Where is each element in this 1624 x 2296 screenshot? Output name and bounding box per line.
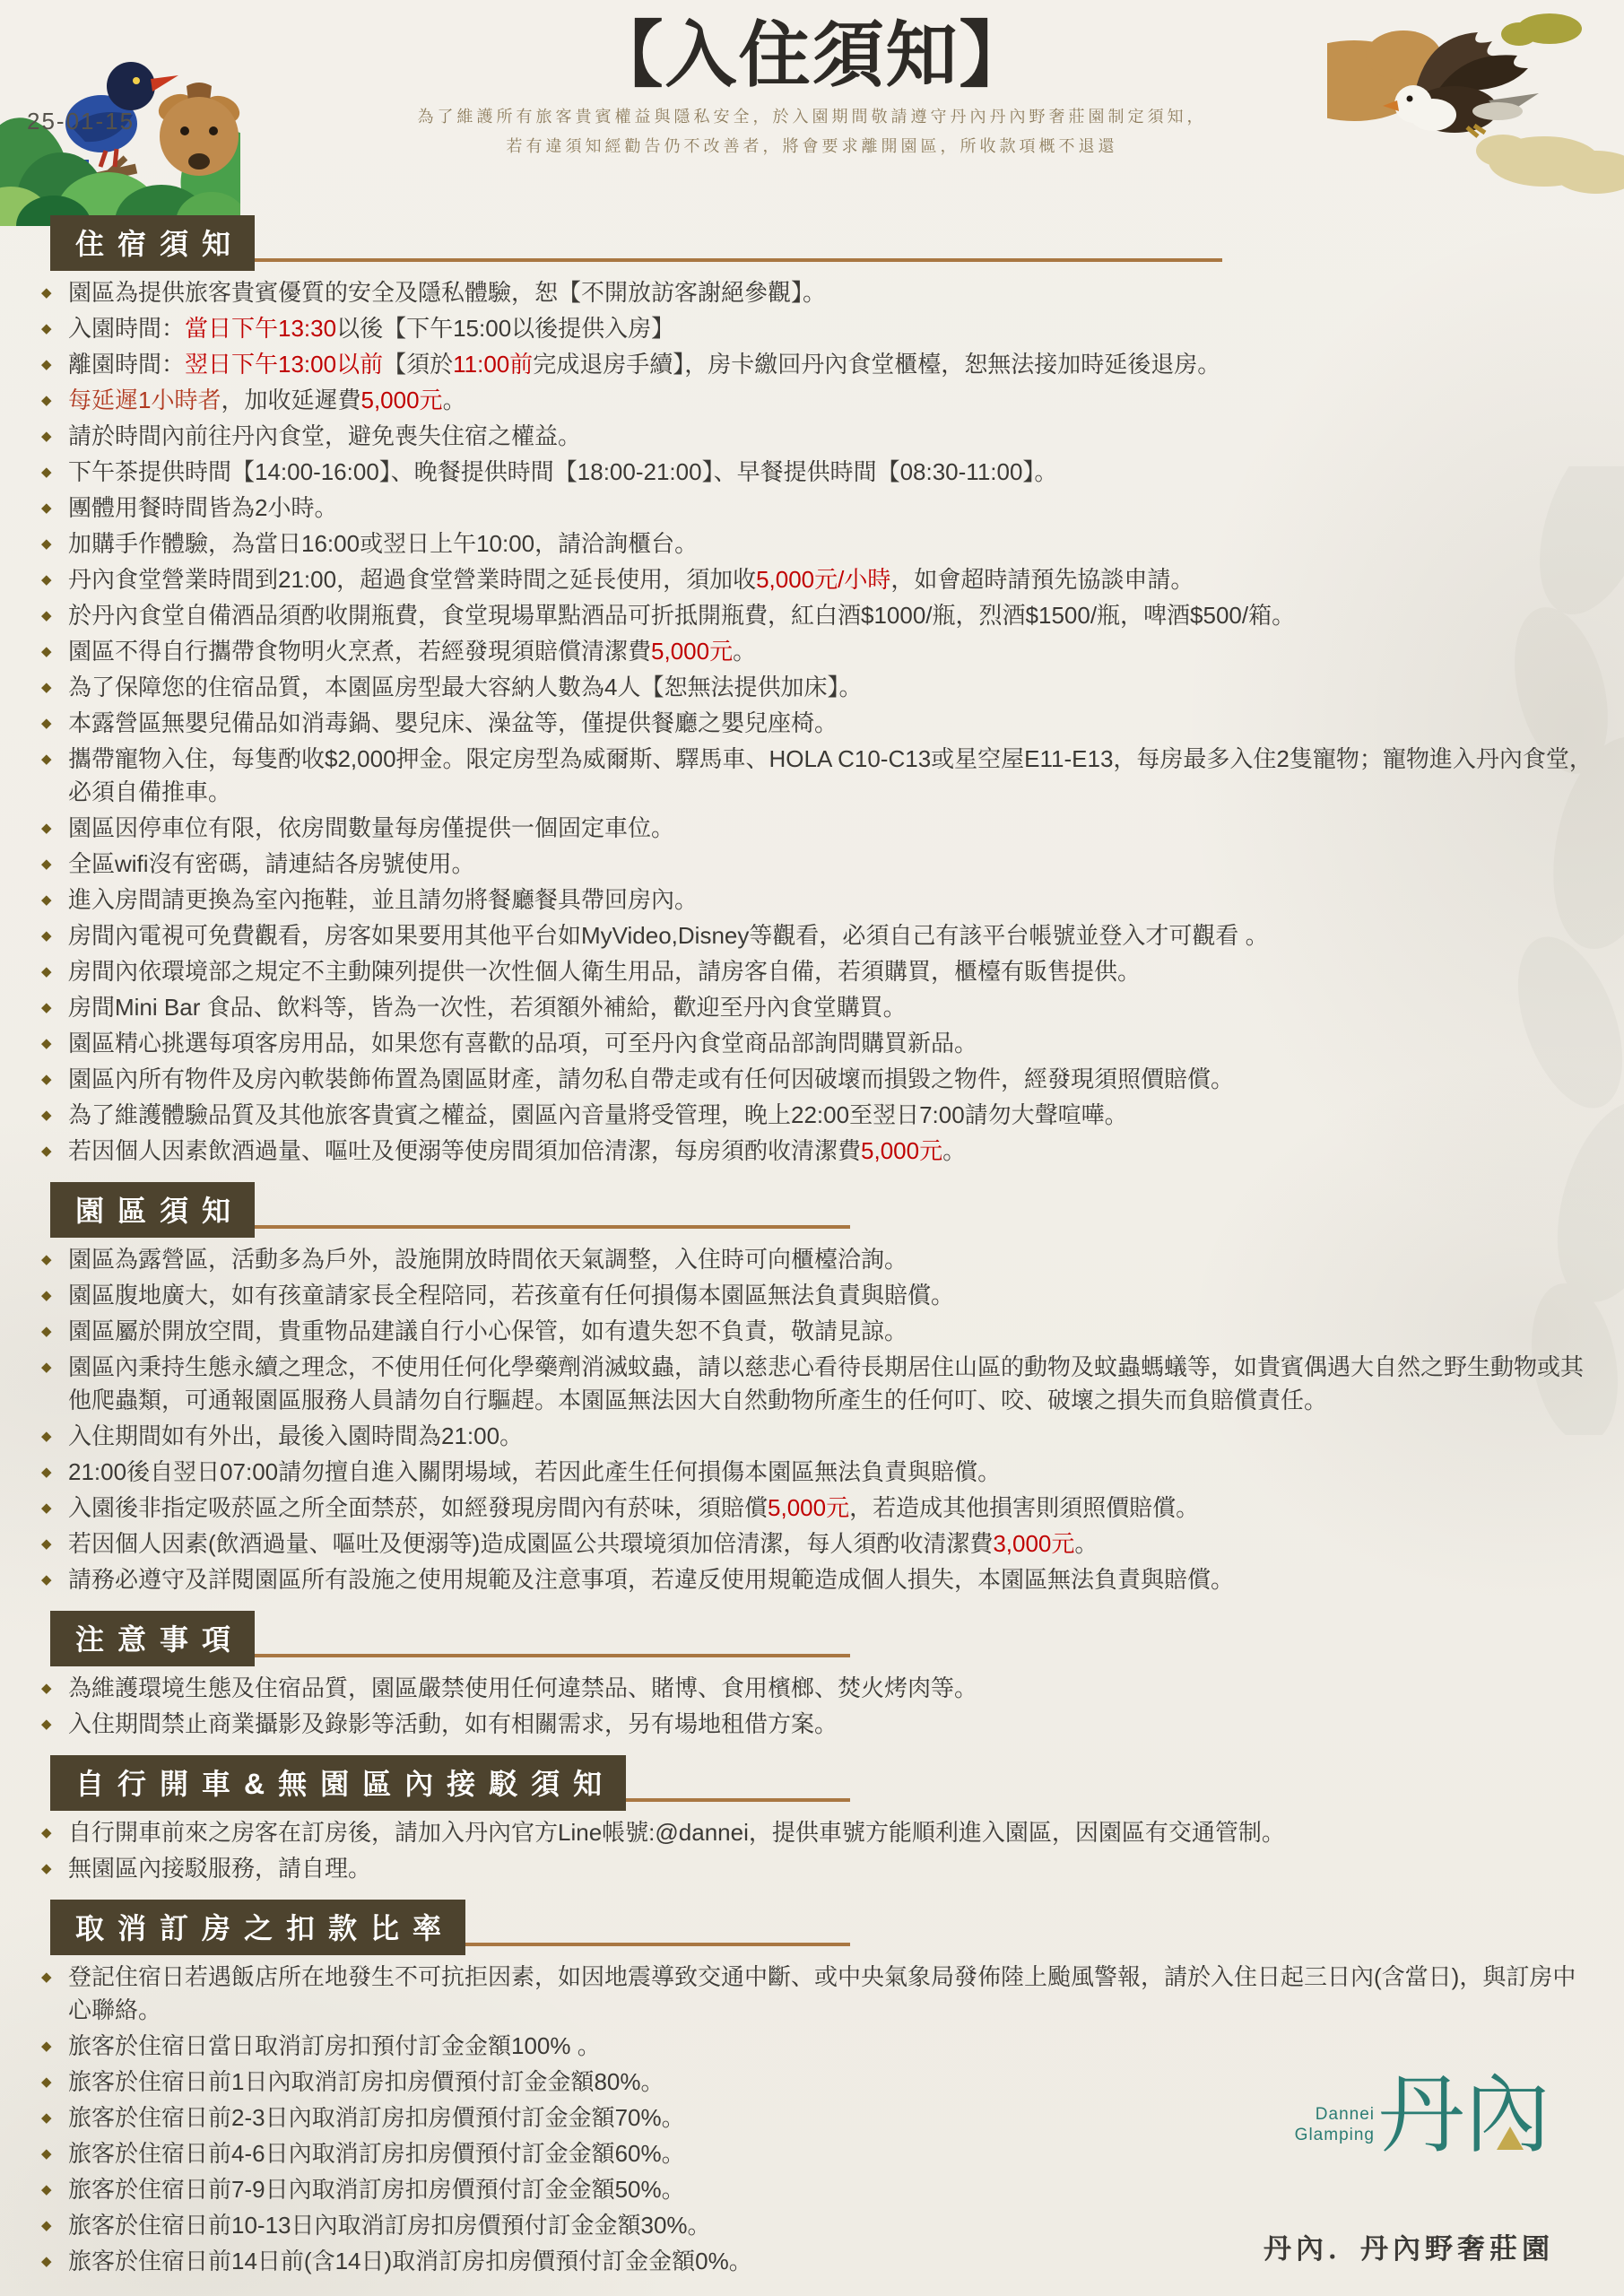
notice-item: 無園區內接駁服務，請自理。 (41, 1852, 1598, 1885)
notice-list: 為維護環境生態及住宿品質，園區嚴禁使用任何違禁品、賭博、食用檳榔、焚火烤肉等。入… (38, 1672, 1598, 1741)
notice-item: 園區不得自行攜帶食物明火烹煮，若經發現須賠償清潔費5,000元。 (41, 635, 1598, 668)
logo-chinese-characters: 丹內 (1378, 2067, 1550, 2163)
subtitle-line-2: 若有違須知經勸告仍不改善者，將會要求離開園區，所收款項概不退還 (0, 132, 1624, 161)
section-park: 園區須知園區為露營區，活動多為戶外，設施開放時間依天氣調整，入住時可向櫃檯洽詢。… (38, 1182, 1598, 1596)
brand-name: 丹內．丹內野奢莊園 (1264, 2226, 1554, 2266)
notice-item: 團體用餐時間皆為2小時。 (41, 491, 1598, 525)
notice-item: 入住期間禁止商業攝影及錄影等活動，如有相關需求，另有場地租借方案。 (41, 1708, 1598, 1741)
notice-item: 園區為露營區，活動多為戶外，設施開放時間依天氣調整，入住時可向櫃檯洽詢。 (41, 1243, 1598, 1276)
section-attention: 注意事項為維護環境生態及住宿品質，園區嚴禁使用任何違禁品、賭博、食用檳榔、焚火烤… (38, 1611, 1598, 1741)
section-accommodation: 住宿須知園區為提供旅客貴賓優質的安全及隱私體驗，恕【不開放訪客謝絕參觀】。入園時… (38, 215, 1598, 1168)
notice-item: 園區腹地廣大，如有孩童請家長全程陪同，若孩童有任何損傷本園區無法負責與賠償。 (41, 1279, 1598, 1312)
notice-item: 21:00後自翌日07:00請勿擅自進入關閉場域，若因此產生任何損傷本園區無法負… (41, 1456, 1598, 1489)
notice-item: 旅客於住宿日前7-9日內取消訂房扣房價預付訂金金額50%。 (41, 2173, 1598, 2206)
tent-icon (1497, 2126, 1524, 2150)
notice-item: 園區內所有物件及房內軟裝飾佈置為園區財產，請勿私自帶走或有任何因破壞而損毀之物件… (41, 1063, 1598, 1096)
notice-item: 園區精心挑選每項客房用品，如果您有喜歡的品項，可至丹內食堂商品部詢問購買新品。 (41, 1027, 1598, 1060)
revision-date: 25-01-15 (27, 108, 135, 135)
notice-item: 請務必遵守及詳閱園區所有設施之使用規範及注意事項，若違反使用規範造成個人損失，本… (41, 1563, 1598, 1596)
notice-item: 自行開車前來之房客在訂房後，請加入丹內官方Line帳號:@dannei，提供車號… (41, 1816, 1598, 1849)
section-title: 自行開車&無園區內接駁須知 (50, 1755, 626, 1811)
notice-item: 園區因停車位有限，依房間數量每房僅提供一個固定車位。 (41, 812, 1598, 845)
notice-item: 請於時間內前往丹內食堂，避免喪失住宿之權益。 (41, 420, 1598, 453)
notice-item: 房間內依環境部之規定不主動陳列提供一次性個人衛生用品，請房客自備，若須購買，櫃檯… (41, 955, 1598, 988)
subtitle-line-1: 為了維護所有旅客貴賓權益與隱私安全，於入園期間敬請遵守丹內丹內野奢莊園制定須知， (0, 102, 1624, 132)
notice-item: 為了保障您的住宿品質，本園區房型最大容納人數為4人【恕無法提供加床】。 (41, 671, 1598, 704)
page-title: 【入住須知】 (0, 16, 1624, 95)
notice-item: 為了維護體驗品質及其他旅客貴賓之權益，園區內音量將受管理，晚上22:00至翌日7… (41, 1099, 1598, 1132)
notice-item: 登記住宿日若遇飯店所在地發生不可抗拒因素，如因地震導致交通中斷、或中央氣象局發佈… (41, 1961, 1598, 2027)
page-header: 【入住須知】 為了維護所有旅客貴賓權益與隱私安全，於入園期間敬請遵守丹內丹內野奢… (0, 16, 1624, 162)
notice-item: 入園時間：當日下午13:30以後【下午15:00以後提供入房】 (41, 312, 1598, 345)
section-title: 園區須知 (50, 1182, 255, 1238)
notice-item: 入園後非指定吸菸區之所全面禁菸，如經發現房間內有菸味，須賠償5,000元，若造成… (41, 1492, 1598, 1525)
notice-list: 園區為提供旅客貴賓優質的安全及隱私體驗，恕【不開放訪客謝絕參觀】。入園時間：當日… (38, 276, 1598, 1168)
notice-item: 園區內秉持生態永續之理念，不使用任何化學藥劑消滅蚊蟲，請以慈悲心看待長期居住山區… (41, 1351, 1598, 1417)
notice-item: 下午茶提供時間【14:00-16:00】、晚餐提供時間【18:00-21:00】… (41, 456, 1598, 489)
section-title: 取消訂房之扣款比率 (50, 1900, 465, 1955)
notice-item: 離園時間：翌日下午13:00以前【須於11:00前完成退房手續】，房卡繳回丹內食… (41, 348, 1598, 381)
notice-item: 房間Mini Bar 食品、飲料等，皆為一次性，若須額外補給，歡迎至丹內食堂購買… (41, 991, 1598, 1024)
notice-item: 攜帶寵物入住，每隻酌收$2,000押金。限定房型為威爾斯、驛馬車、HOLA C1… (41, 743, 1598, 809)
notice-item: 於丹內食堂自備酒品須酌收開瓶費，食堂現場單點酒品可折抵開瓶費，紅白酒$1000/… (41, 599, 1598, 632)
section-title: 注意事項 (50, 1611, 255, 1666)
dannei-glamping-logo: Dannei Glamping 丹內 (1295, 2047, 1550, 2170)
notice-item: 入住期間如有外出，最後入園時間為21:00。 (41, 1420, 1598, 1453)
notice-item: 若因個人因素(飲酒過量、嘔吐及便溺等)造成園區公共環境須加倍清潔，每人須酌收清潔… (41, 1527, 1598, 1561)
logo-english-text: Dannei Glamping (1295, 2104, 1375, 2147)
section-driving: 自行開車&無園區內接駁須知自行開車前來之房客在訂房後，請加入丹內官方Line帳號… (38, 1755, 1598, 1885)
section-title: 住宿須知 (50, 215, 255, 271)
notice-list: 園區為露營區，活動多為戶外，設施開放時間依天氣調整，入住時可向櫃檯洽詢。園區腹地… (38, 1243, 1598, 1596)
notice-item: 園區屬於開放空間，貴重物品建議自行小心保管，如有遺失恕不負責，敬請見諒。 (41, 1315, 1598, 1348)
notice-item: 若因個人因素飲酒過量、嘔吐及便溺等使房間須加倍清潔，每房須酌收清潔費5,000元… (41, 1135, 1598, 1168)
notice-item: 每延遲1小時者，加收延遲費5,000元。 (41, 384, 1598, 417)
notice-item: 房間內電視可免費觀看，房客如果要用其他平台如MyVideo,Disney等觀看，… (41, 919, 1598, 952)
notice-item: 進入房間請更換為室內拖鞋，並且請勿將餐廳餐具帶回房內。 (41, 883, 1598, 917)
notice-item: 本露營區無嬰兒備品如消毒鍋、嬰兒床、澡盆等，僅提供餐廳之嬰兒座椅。 (41, 707, 1598, 740)
notice-item: 為維護環境生態及住宿品質，園區嚴禁使用任何違禁品、賭博、食用檳榔、焚火烤肉等。 (41, 1672, 1598, 1705)
notice-item: 丹內食堂營業時間到21:00，超過食堂營業時間之延長使用，須加收5,000元/小… (41, 563, 1598, 596)
notice-sections: 住宿須知園區為提供旅客貴賓優質的安全及隱私體驗，恕【不開放訪客謝絕參觀】。入園時… (38, 215, 1598, 2281)
notice-list: 自行開車前來之房客在訂房後，請加入丹內官方Line帳號:@dannei，提供車號… (38, 1816, 1598, 1885)
notice-item: 加購手作體驗，為當日16:00或翌日上午10:00，請洽詢櫃台。 (41, 527, 1598, 561)
notice-item: 園區為提供旅客貴賓優質的安全及隱私體驗，恕【不開放訪客謝絕參觀】。 (41, 276, 1598, 309)
notice-item: 全區wifi沒有密碼，請連結各房號使用。 (41, 848, 1598, 881)
